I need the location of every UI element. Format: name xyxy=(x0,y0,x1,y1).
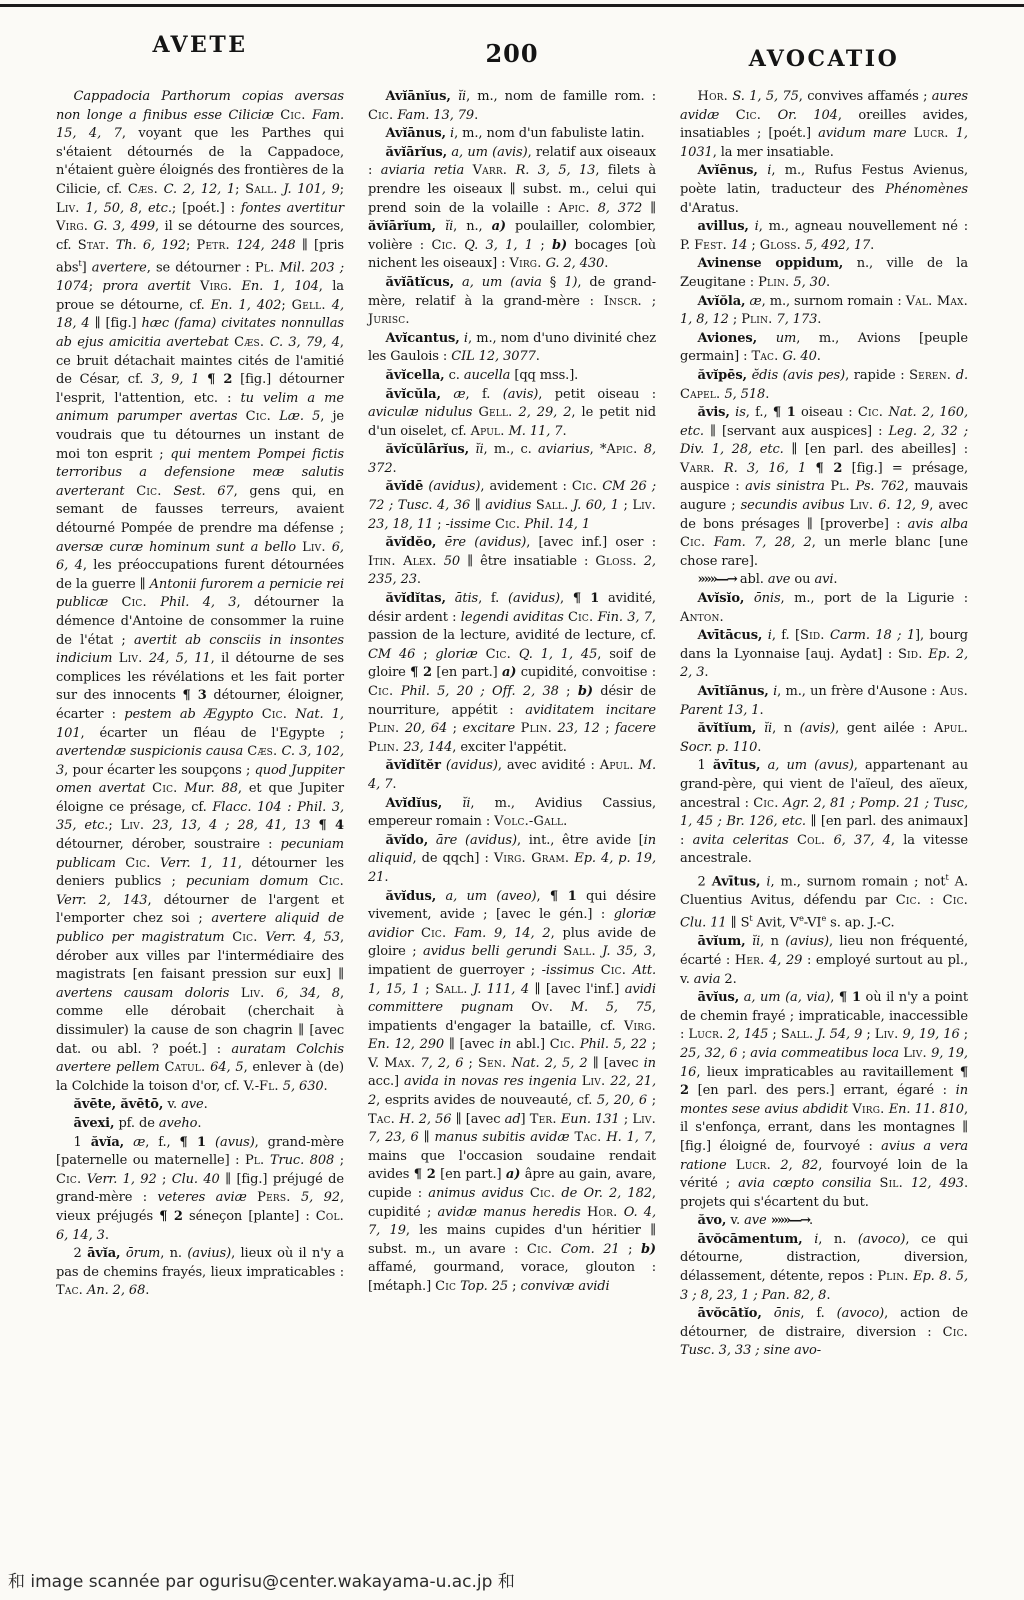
dictionary-paragraph: ăvĭātĭcus, a, um (avia § 1), de grand-mè… xyxy=(368,274,656,330)
dictionary-paragraph: ăvĭtĭum, ĭi, n (avis), gent ailée : Apul… xyxy=(680,720,968,757)
dictionary-paragraph: Avĭānus, i, m., nom d'un fabuliste latin… xyxy=(368,125,656,144)
dictionary-paragraph: Cappadocia Parthorum copias aversas non … xyxy=(56,88,344,1096)
dictionary-paragraph: ăvĭdĕo, ēre (avidus), [avec inf.] oser :… xyxy=(368,534,656,590)
dictionary-paragraph: āvĭum, ĭi, n (avius), lieu non fréquenté… xyxy=(680,933,968,989)
dictionary-paragraph: Avĭdĭus, ĭi, m., Avidius Cassius, empere… xyxy=(368,795,656,832)
text-columns: Cappadocia Parthorum copias aversas non … xyxy=(56,88,968,1558)
dictionary-paragraph: Avĭcantus, i, m., nom d'uno divinité che… xyxy=(368,330,656,367)
dictionary-paragraph: 2 Avītus, i, m., surnom romain ; nott A.… xyxy=(680,869,968,933)
dictionary-paragraph: āvŏcātĭo, ōnis, f. (avoco), action de dé… xyxy=(680,1305,968,1361)
dictionary-paragraph: āvĭus, a, um (a, via), ¶ 1 où il n'y a p… xyxy=(680,989,968,1212)
running-head-left: AVETE xyxy=(56,32,344,72)
dictionary-page: AVETE 200 AVOCATIO Cappadocia Parthorum … xyxy=(0,0,1024,1558)
dictionary-paragraph: ăvēte, ăvētō, v. ave. xyxy=(56,1096,344,1115)
dictionary-paragraph: Avĭēnus, i, m., Rufus Festus Avienus, po… xyxy=(680,162,968,218)
dictionary-paragraph: Avītĭānus, i, m., un frère d'Ausone : Au… xyxy=(680,683,968,720)
dictionary-paragraph: ăvĭcella, c. aucella [qq mss.]. xyxy=(368,367,656,386)
dictionary-paragraph: āvŏcāmentum, i, n. (avoco), ce qui détou… xyxy=(680,1231,968,1305)
dictionary-paragraph: 1 ăvĭa, æ, f., ¶ 1 (avus), grand-mère [p… xyxy=(56,1134,344,1246)
running-head-right: AVOCATIO xyxy=(680,46,968,72)
dictionary-paragraph: āvexi, pf. de aveho. xyxy=(56,1115,344,1134)
dictionary-paragraph: ăvĭdĭtas, ātis, f. (avidus), ¶ 1 avidité… xyxy=(368,590,656,757)
column-middle: Avĭānĭus, ĭi, m., nom de famille rom. : … xyxy=(368,88,656,1558)
running-head: AVETE 200 AVOCATIO xyxy=(56,30,968,72)
column-right: Hor. S. 1, 5, 75, convives affamés ; aur… xyxy=(680,88,968,1558)
dictionary-paragraph: ăvĭpēs, ĕdis (avis pes), rapide : Seren.… xyxy=(680,367,968,404)
dictionary-paragraph: Avĭānĭus, ĭi, m., nom de famille rom. : … xyxy=(368,88,656,125)
dictionary-paragraph: 2 āvĭa, ōrum, n. (avius), lieux où il n'… xyxy=(56,1245,344,1301)
dictionary-paragraph: ăvĭdus, a, um (aveo), ¶ 1 qui désire viv… xyxy=(368,888,656,1297)
dictionary-paragraph: Hor. S. 1, 5, 75, convives affamés ; aur… xyxy=(680,88,968,162)
dictionary-paragraph: Avinense oppidum, n., ville de la Zeugit… xyxy=(680,255,968,292)
dictionary-paragraph: ăvis, is, f., ¶ 1 oiseau : Cic. Nat. 2, … xyxy=(680,404,968,571)
dictionary-paragraph: Aviones, um, m., Avions [peuple germain]… xyxy=(680,330,968,367)
scan-attribution: 和 image scannée par ogurisu@center.wakay… xyxy=(8,1567,515,1592)
dictionary-paragraph: Avĭŏla, æ, m., surnom romain : Val. Max.… xyxy=(680,293,968,330)
dictionary-paragraph: »»»—→ abl. ave ou avi. xyxy=(680,571,968,590)
dictionary-paragraph: ăvo, v. ave »»»—→. xyxy=(680,1212,968,1231)
dictionary-paragraph: ăvĭdĭtĕr (avidus), avec avidité : Apul. … xyxy=(368,757,656,794)
dictionary-paragraph: 1 ăvītus, a, um (avus), appartenant au g… xyxy=(680,757,968,869)
column-left: Cappadocia Parthorum copias aversas non … xyxy=(56,88,344,1558)
dictionary-paragraph: ăvĭdo, āre (avidus), int., être avide [i… xyxy=(368,832,656,888)
dictionary-paragraph: Avītācus, i, f. [Sid. Carm. 18 ; 1], bou… xyxy=(680,627,968,683)
page-number: 200 xyxy=(368,39,656,72)
dictionary-paragraph: Avĭsĭo, ōnis, m., port de la Ligurie : A… xyxy=(680,590,968,627)
dictionary-paragraph: ăvĭcŭlārĭus, ĭi, m., c. aviarius, *Apic.… xyxy=(368,441,656,478)
dictionary-paragraph: ăvĭārĭus, a, um (avis), relatif aux oise… xyxy=(368,144,656,274)
dictionary-paragraph: ăvĭcŭla, æ, f. (avis), petit oiseau : av… xyxy=(368,386,656,442)
dictionary-paragraph: ăvĭdē (avidus), avidement : Cic. CM 26 ;… xyxy=(368,478,656,534)
dictionary-paragraph: avillus, i, m., agneau nouvellement né :… xyxy=(680,218,968,255)
